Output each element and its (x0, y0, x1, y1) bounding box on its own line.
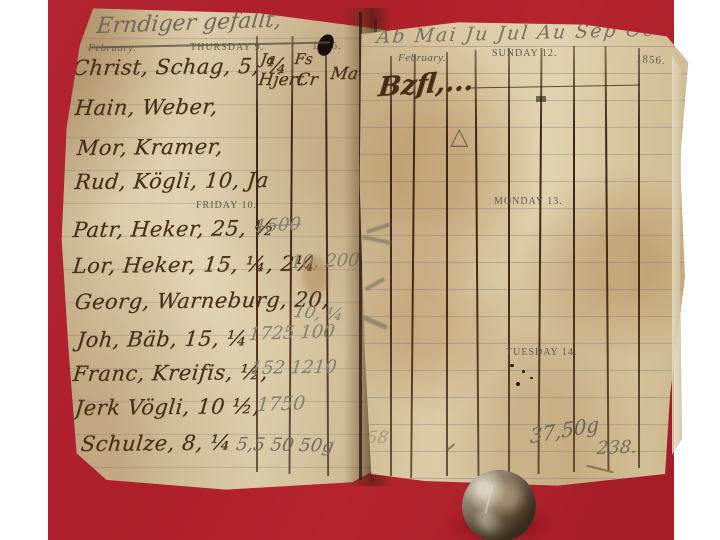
pencil-total: 238. (596, 437, 638, 459)
pencil-scribble (364, 277, 385, 291)
ledger-entry: Mor, Kramer, (76, 134, 224, 160)
ball-scratch (484, 484, 493, 514)
column-rule (638, 48, 640, 468)
pencil-amount: 1750 (256, 392, 307, 416)
pencil-amount: 1500 (254, 214, 302, 238)
pencil-amount: 1725 100 (248, 321, 336, 345)
ink-note: Bzfl,... (377, 65, 475, 103)
diary-right-page: February. SUNDAY 12. 1856. MONDAY 13. TU… (358, 20, 690, 488)
ledger-entry: Franc, Kreifis, ½, (72, 360, 270, 386)
musket-ball (462, 470, 536, 540)
pencil-scribble (366, 222, 392, 234)
printed-day-sunday: SUNDAY 12. (492, 48, 557, 59)
printed-day-tuesday: TUESDAY 14. (506, 347, 577, 358)
ink-speck (530, 377, 533, 379)
entry-col-value: Ja (259, 50, 276, 68)
column-rule (573, 46, 575, 472)
pencil-scribble (362, 315, 388, 330)
ledger-entry: Rud, Kögli, 10, Ja (74, 168, 270, 194)
ink-blot (316, 33, 336, 58)
column-rule (446, 52, 448, 476)
column-rule (538, 48, 543, 474)
column-rule (390, 56, 392, 476)
printed-day-monday: MONDAY 13. (494, 196, 563, 207)
printed-day-friday: FRIDAY 10. (196, 200, 257, 211)
ledger-entry: Lor, Heker, 15, ¼, 2¼ (72, 251, 317, 278)
pencil-amount: 152 1210 (249, 357, 337, 380)
photograph: February. THURSDAY 9. 1856. FRIDAY 10. E… (0, 0, 720, 540)
ink-speck (522, 370, 525, 373)
ledger-entry: Joh, Bäb, 15, ¼ (76, 326, 249, 352)
ink-speck (510, 364, 514, 367)
entry-col-value: Cr (295, 70, 319, 90)
pencil-total: 37,50g (530, 412, 599, 449)
ink-tick (536, 96, 546, 102)
ledger-entry: Schulze, 8, ¼ (80, 430, 233, 456)
ink-speck (516, 382, 520, 386)
column-rule (475, 50, 480, 476)
pencil-amount: 5,5 50 50g (235, 434, 336, 457)
diary-left-page: February. THURSDAY 9. 1856. FRIDAY 10. E… (60, 6, 392, 492)
pencil-scribble (362, 235, 392, 245)
printed-year: 1856. (636, 53, 667, 67)
column-rule (508, 48, 510, 476)
ledger-entry: Patr, Heker, 25, ½ (72, 216, 276, 242)
column-rule (410, 54, 416, 478)
ledger-entry: Hain, Weber, (74, 95, 219, 121)
pencil-triangle-mark: △ (450, 122, 468, 150)
ink-dash (470, 85, 640, 89)
ledger-entry: Jerk Vögli, 10 ½, (74, 394, 262, 420)
column-rule (605, 46, 610, 470)
ledger-entry: Christ, Schag, 5, ¼ (72, 54, 289, 80)
stain (302, 256, 328, 296)
ledger-entry: Georg, Warneburg, 20, (74, 287, 331, 314)
printed-month: February. (398, 52, 446, 64)
entry-col-value: Fs (293, 50, 314, 68)
